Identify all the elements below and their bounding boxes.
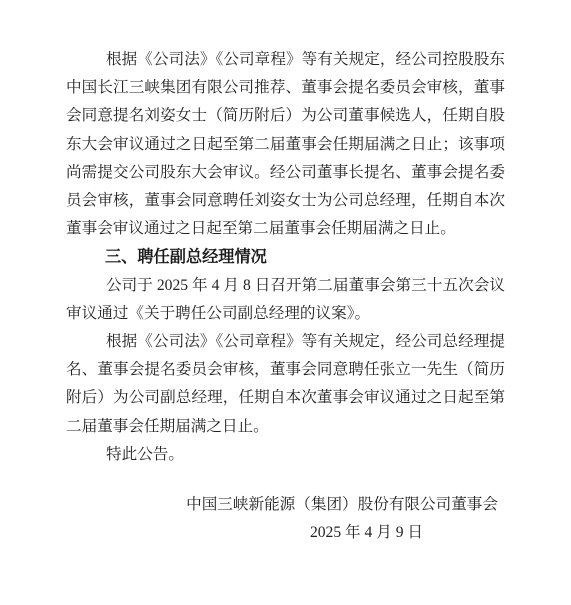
- section-heading-deputy-gm: 三、聘任副总经理情况: [66, 243, 505, 271]
- paragraph-director-gm-appointment: 根据《公司法》《公司章程》等有关规定，经公司控股股东中国长江三峡集团有限公司推荐…: [66, 46, 505, 243]
- paragraph-closing-statement: 特此公告。: [66, 441, 505, 469]
- paragraph-board-meeting-resolution: 公司于 2025 年 4 月 8 日召开第二届董事会第三十五次会议审议通过《关于…: [66, 272, 505, 328]
- announcement-page: 根据《公司法》《公司章程》等有关规定，经公司控股股东中国长江三峡集团有限公司推荐…: [0, 0, 571, 605]
- signature-block: 中国三峡新能源（集团）股份有限公司董事会 2025 年 4 月 9 日: [66, 491, 505, 547]
- paragraph-deputy-gm-appointment: 根据《公司法》《公司章程》等有关规定，经公司总经理提名、董事会提名委员会审核，董…: [66, 328, 505, 441]
- document-body: 根据《公司法》《公司章程》等有关规定，经公司控股股东中国长江三峡集团有限公司推荐…: [66, 46, 505, 547]
- company-board-signature: 中国三峡新能源（集团）股份有限公司董事会: [66, 491, 505, 519]
- announcement-date: 2025 年 4 月 9 日: [66, 519, 505, 547]
